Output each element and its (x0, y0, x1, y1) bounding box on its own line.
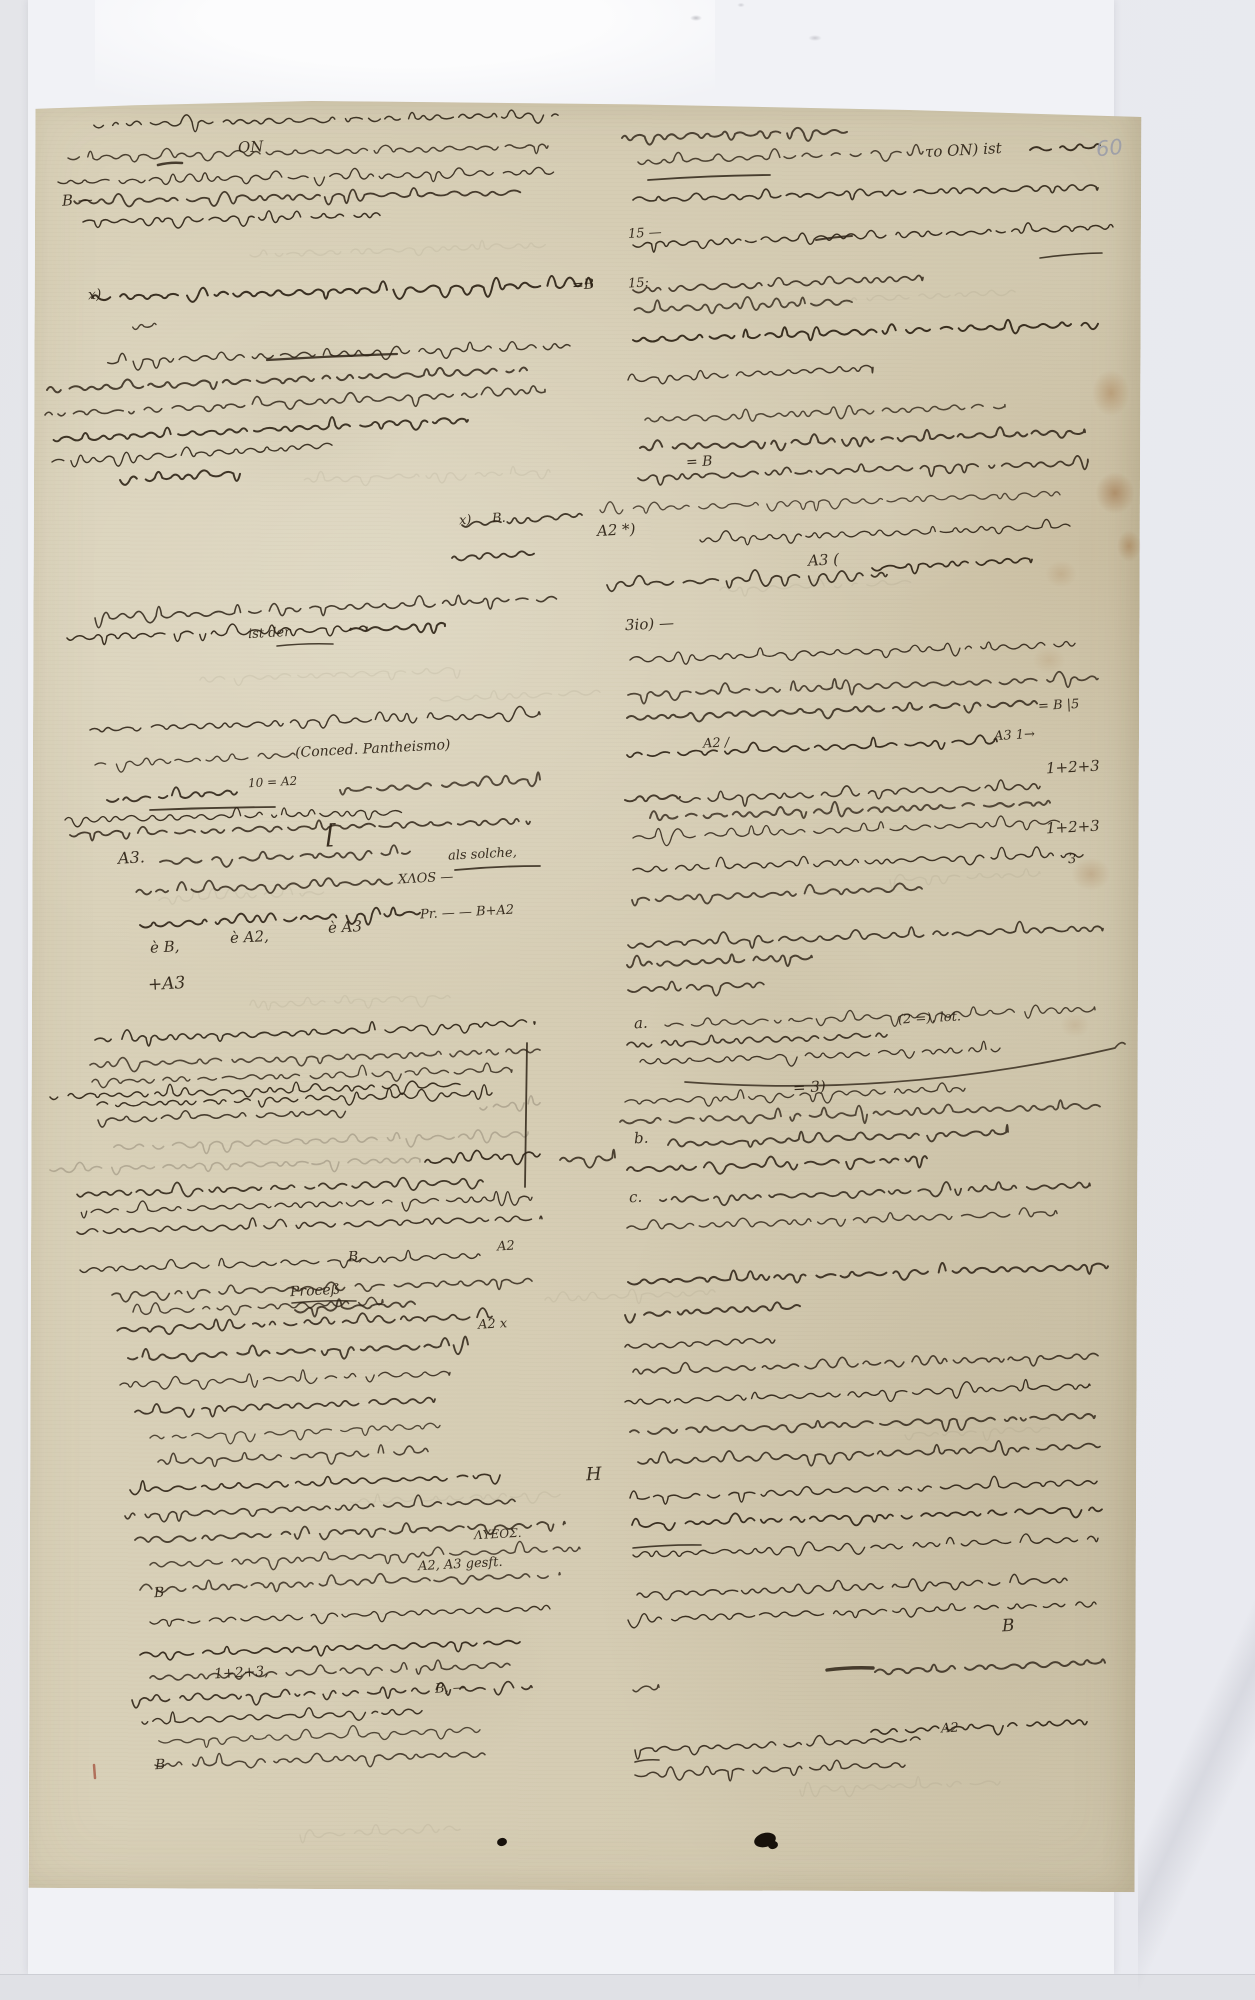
legible-token: 3io) — (625, 616, 675, 634)
legible-token: B, (348, 1250, 363, 1265)
legible-token: A2 / (703, 736, 730, 750)
legible-token: è A2, (230, 929, 270, 946)
legible-token: b. (634, 1131, 649, 1147)
legible-token: B. (492, 512, 506, 526)
legible-token: H (586, 1466, 603, 1485)
legible-token: = 3) (793, 1079, 826, 1096)
legible-token: ON (238, 139, 264, 155)
legible-token: c. (629, 1190, 643, 1206)
legible-token: 1+2+3, (214, 1665, 269, 1682)
legible-token: B (154, 1586, 165, 1601)
legible-token: è A3 (328, 919, 363, 936)
legible-token: A2 *) (597, 522, 636, 539)
legible-token: A3 1→ (994, 728, 1036, 743)
legible-token: 1+2+3 (1046, 819, 1100, 837)
legible-token: Proceß (290, 1283, 341, 1300)
legible-token: B, — (435, 1681, 466, 1696)
scan-bottom-strip (0, 1974, 1255, 2000)
backing-crease (1138, 1580, 1255, 2000)
legible-token: 10 = A2 (248, 775, 298, 790)
legible-token: A2 x (478, 1317, 508, 1332)
legible-token: 3 (1068, 853, 1077, 866)
legible-token: als solche, (448, 846, 517, 863)
legible-token: B — (62, 192, 94, 209)
legible-token: ΛΥΕΟΣ. (474, 1527, 522, 1541)
manuscript-paper (29, 100, 1142, 1892)
legible-token: B (155, 1758, 166, 1773)
legible-token: = B |5 (1038, 698, 1080, 713)
legible-token: ist der (248, 626, 291, 641)
legible-token: x) (459, 514, 472, 528)
page-number-pencil: 60 (1095, 135, 1124, 162)
legible-token: = B (686, 454, 713, 469)
legible-token: XΛΟS — (398, 871, 454, 887)
legible-token: a. (634, 1016, 648, 1032)
legible-token: x) (88, 288, 102, 303)
legible-token: A2 (497, 1240, 515, 1254)
legible-token: 1+2+3 (1046, 759, 1100, 777)
legible-token: =B (572, 277, 595, 292)
legible-token: è B, (150, 939, 180, 956)
legible-token: +A3 (148, 975, 186, 994)
legible-token: 15: (628, 276, 650, 290)
legible-token: B (1002, 1618, 1015, 1636)
legible-token: A2 (941, 1722, 959, 1736)
legible-token: A3. (118, 849, 146, 866)
legible-token: το ΟΝ) ist (925, 141, 1002, 160)
legible-token: A3 ( (808, 552, 840, 569)
legible-token: 15 — (628, 226, 662, 241)
legible-token: (2 =). lot. (898, 1010, 962, 1026)
legible-token: [ (325, 822, 337, 848)
scanner-light-patch (95, 0, 715, 118)
